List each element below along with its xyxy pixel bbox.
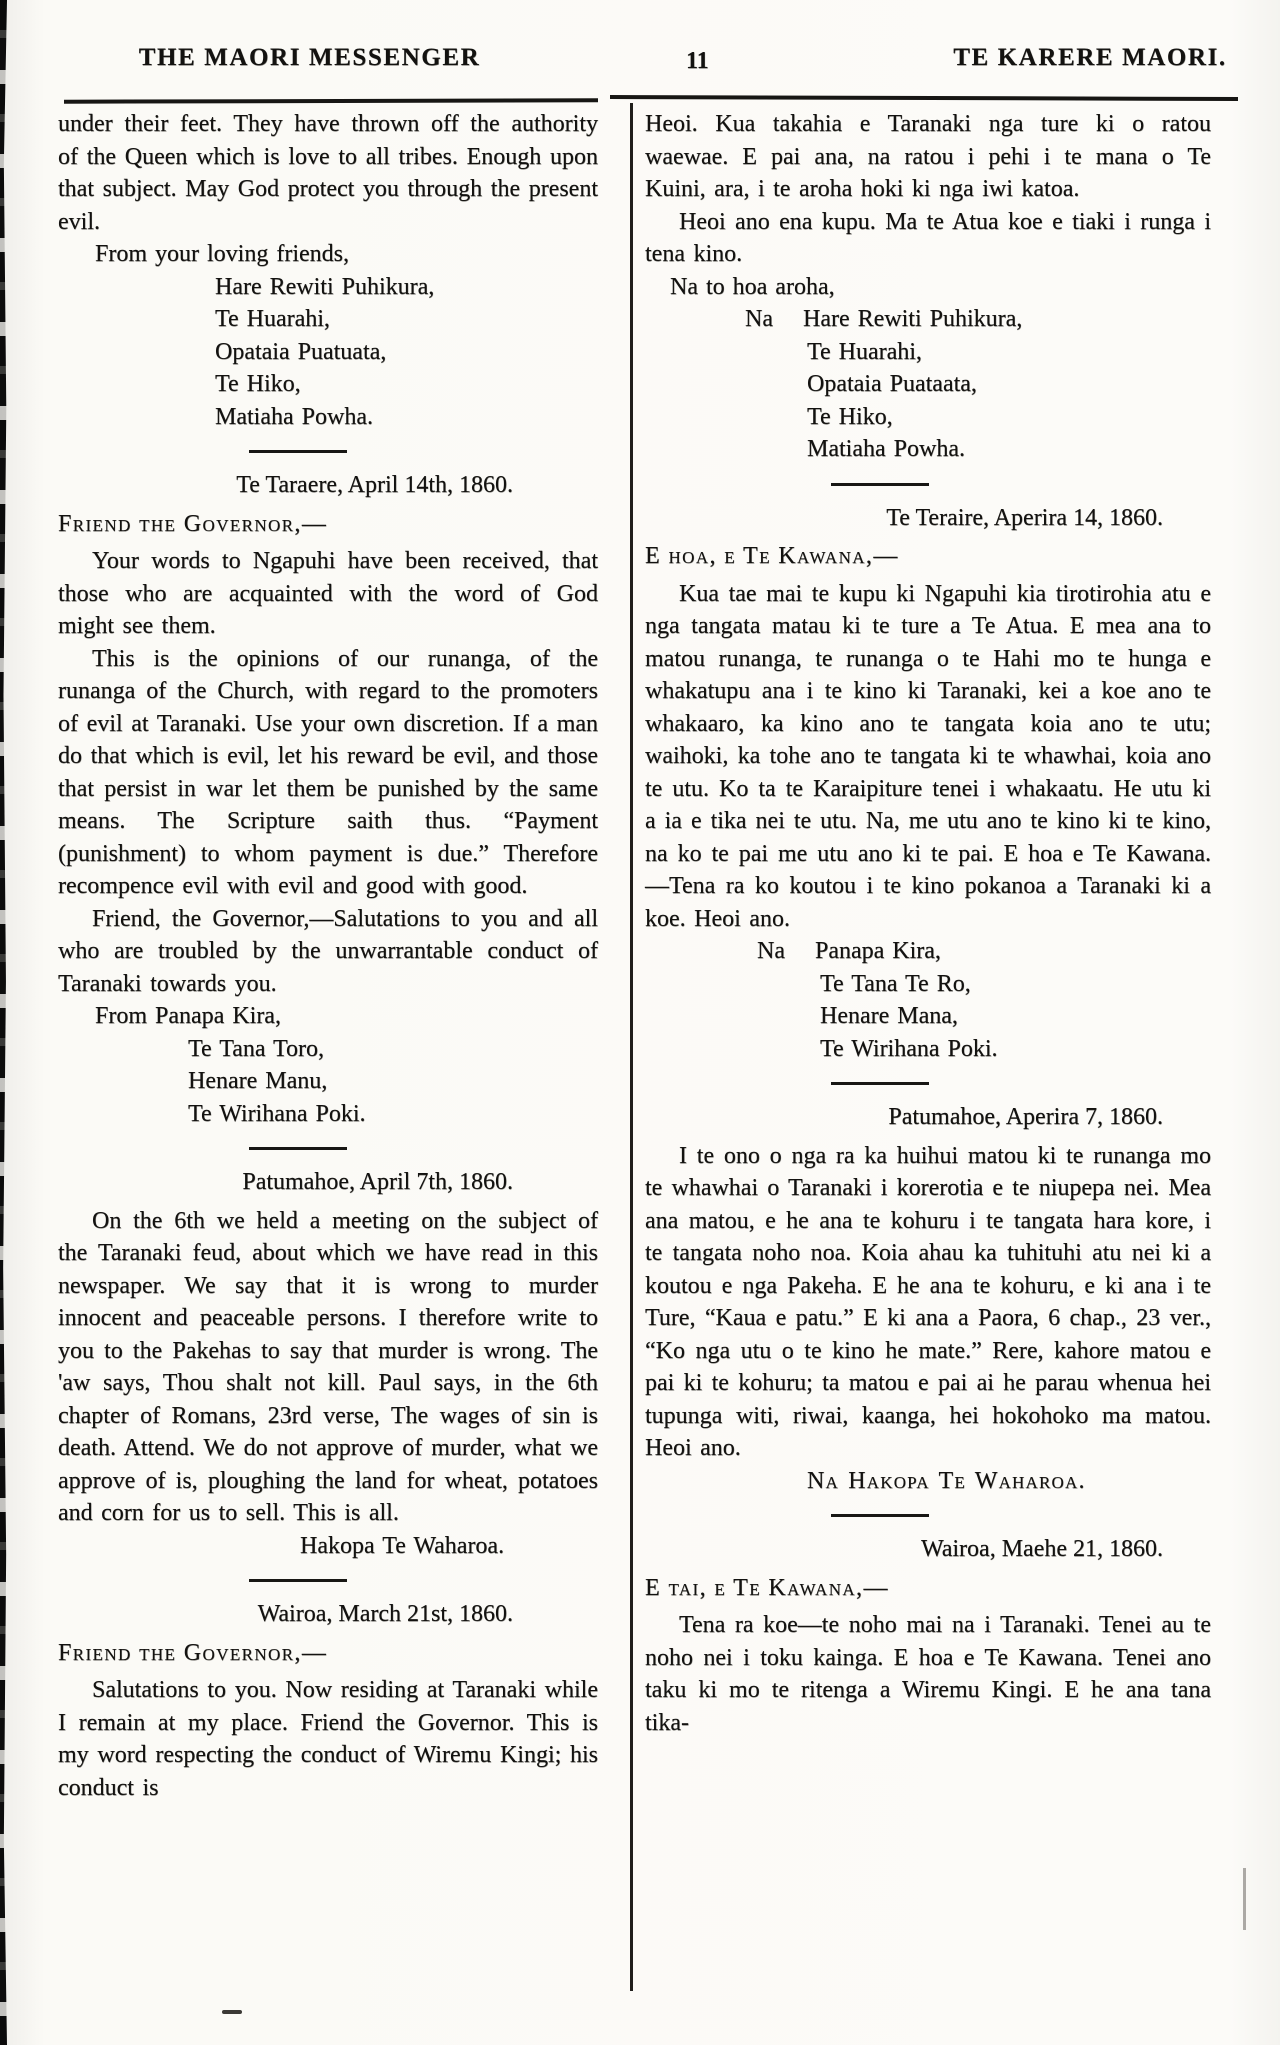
letter-body: Heoi. Kua takahia e Taranaki nga ture ki… [645,108,1211,206]
letter-dateline: Patumahoe, Aperira 7, 1860. [645,1101,1211,1134]
signature-line: Te Wirihana Poki. [645,1033,1211,1066]
signature-line: Te Huarahi, [58,303,598,336]
section-divider-rule [831,483,929,486]
signature-line: Matiaha Powha. [58,401,598,434]
masthead-maori: TE KARERE MAORI. [952,44,1228,72]
letter-closing: From Panapa Kira, [58,1000,598,1033]
signature-line: Te Hiko, [58,368,598,401]
section-divider-rule [249,450,347,453]
signature-line: Hare Rewiti Puhikura, [58,271,598,304]
signature-line: Te Huarahi, [645,336,1211,369]
signature-line: Opataia Puataata, [645,368,1211,401]
signature-line: Henare Manu, [58,1065,598,1098]
signature-line: NaPanapa Kira, [645,935,1211,968]
scanned-newspaper-page: { "header": { "left_title": "THE MAORI M… [0,0,1280,2045]
letter-paragraph: This is the opinions of our runanga, of … [58,643,598,903]
section-divider-rule [249,1147,347,1150]
signature-prefix: Na [757,938,785,964]
left-column-english: under their feet. They have thrown off t… [58,108,598,1804]
header-rule-right [610,95,1238,100]
letter-paragraph: Heoi ano ena kupu. Ma te Atua koe e tiak… [645,206,1211,271]
scan-edge-artifact [1243,1868,1246,1930]
letter-salutation: Friend the Governor,— [58,508,598,541]
letter-dateline: Te Taraere, April 14th, 1860. [58,469,598,502]
signature-line: Henare Mana, [645,1000,1211,1033]
signature-name: Panapa Kira, [815,938,941,964]
letter-paragraph: Kua tae mai te kupu ki Ngapuhi kia tirot… [645,578,1211,936]
letter-paragraph: On the 6th we held a meeting on the subj… [58,1205,598,1530]
signature-line: Te Hiko, [645,401,1211,434]
signature-name: Hare Rewiti Puhikura, [803,306,1022,332]
letter-salutation: E hoa, e Te Kawana,— [645,540,1211,573]
section-divider-rule [249,1579,347,1582]
signature-prefix: Na [745,306,773,332]
signature-line: Matiaha Powha. [645,433,1211,466]
ink-speck-mark [222,2010,242,2014]
letter-paragraph: Your words to Ngapuhi have been received… [58,545,598,643]
letter-paragraph: I te ono o nga ra ka huihui matou ki te … [645,1140,1211,1465]
header-rule-left [64,98,598,103]
page-number: 11 [686,48,709,75]
masthead-english: THE MAORI MESSENGER [112,44,507,72]
signature-line: NaHare Rewiti Puhikura, [645,303,1211,336]
signature-line: Te Tana Te Ro, [645,968,1211,1001]
column-divider-rule [630,103,633,1991]
letter-salutation: Friend the Governor,— [58,1637,598,1670]
signature-line: Na Hakopa Te Waharoa. [645,1465,1211,1498]
letter-dateline: Te Teraire, Aperira 14, 1860. [645,502,1211,535]
right-column-maori: Heoi. Kua takahia e Taranaki nga ture ki… [645,108,1211,1739]
section-divider-rule [831,1514,929,1517]
letter-paragraph: Friend, the Governor,—Salutations to you… [58,903,598,1001]
letter-body: under their feet. They have thrown off t… [58,108,598,238]
letter-dateline: Wairoa, Maehe 21, 1860. [645,1533,1211,1566]
signature-line: Hakopa Te Waharoa. [58,1530,598,1563]
signature-line: Te Wirihana Poki. [58,1098,598,1131]
binding-edge-artifact [0,0,7,2045]
letter-salutation: E tai, e Te Kawana,— [645,1572,1211,1605]
letter-paragraph: Tena ra koe—te noho mai na i Taranaki. T… [645,1609,1211,1739]
signature-line: Opataia Puatuata, [58,336,598,369]
letter-closing: From your loving friends, [58,238,598,271]
signature-line: Te Tana Toro, [58,1033,598,1066]
letter-dateline: Wairoa, March 21st, 1860. [58,1598,598,1631]
letter-paragraph: Salutations to you. Now residing at Tara… [58,1674,598,1804]
letter-closing: Na to hoa aroha, [645,271,1211,304]
letter-dateline: Patumahoe, April 7th, 1860. [58,1166,598,1199]
section-divider-rule [831,1082,929,1085]
